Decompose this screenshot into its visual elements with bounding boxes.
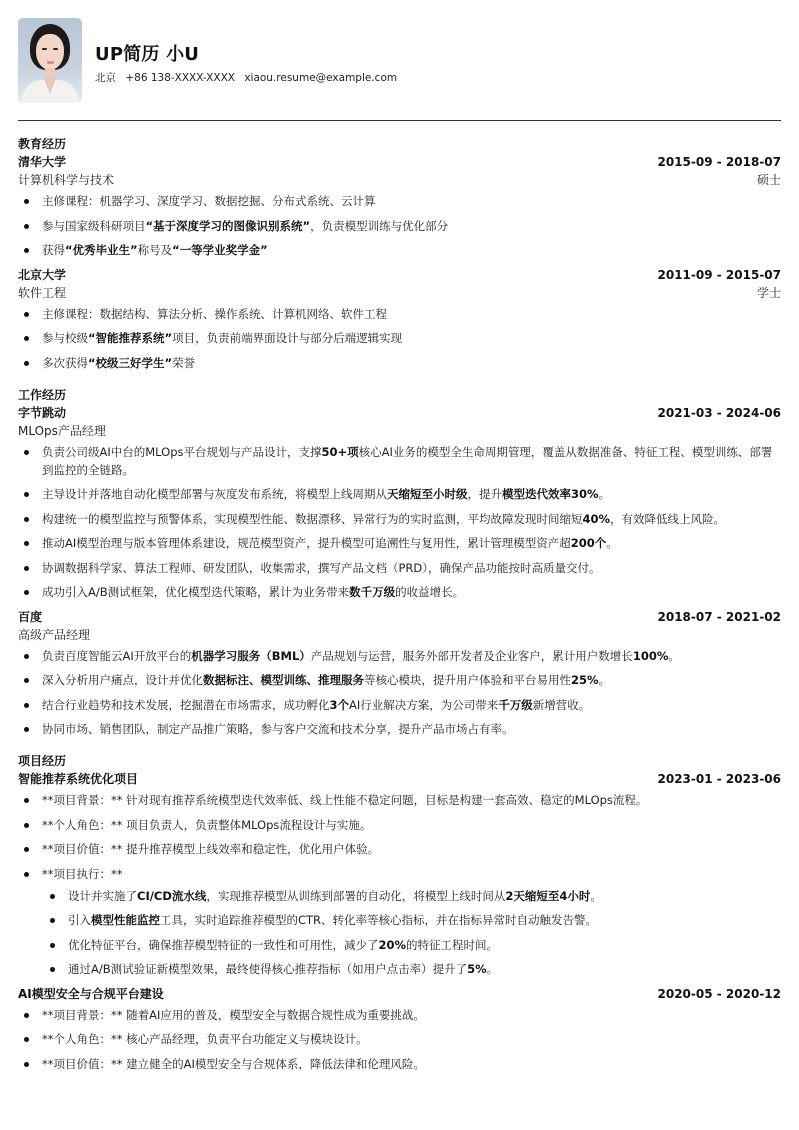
bullet-item: **项目执行：**设计并实施了CI/CD流水线，实现推荐模型从训练到部署的自动化… (18, 865, 781, 979)
education-entry: 清华大学 2015-09 - 2018-07 计算机科学与技术 硕士 主修课程：… (18, 153, 781, 259)
bullet-item: 协调数据科学家、算法工程师、研发团队，收集需求，撰写产品文档（PRD），确保产品… (18, 559, 781, 577)
work-section: 工作经历 字节跳动 2021-03 - 2024-06 MLOps产品经理 负责… (18, 386, 781, 739)
school-name: 清华大学 (18, 153, 66, 171)
bullet-item: 负责百度智能云AI开放平台的机器学习服务（BML）产品规划与运营，服务外部开发者… (18, 647, 781, 665)
date-range: 2018-07 - 2021-02 (658, 608, 782, 626)
bullet-item: 深入分析用户痛点，设计并优化数据标注、模型训练、推理服务等核心模块，提升用户体验… (18, 671, 781, 689)
sub-bullet-item: 优化特征平台，确保推荐模型特征的一致性和可用性，减少了20%的特征工程时间。 (42, 936, 781, 954)
project-entry: 智能推荐系统优化项目 2023-01 - 2023-06 **项目背景：** 针… (18, 770, 781, 978)
resume-page: UP简历 小U 北京 +86 138-XXXX-XXXX xiaou.resum… (18, 0, 781, 1079)
job-role: MLOps产品经理 (18, 422, 106, 440)
school-name: 北京大学 (18, 266, 66, 284)
bullet-list: **项目背景：** 随着AI应用的普及，模型安全与数据合规性成为重要挑战。**个… (18, 1006, 781, 1073)
section-title-projects: 项目经历 (18, 752, 781, 770)
bullet-item: 获得“优秀毕业生”称号及“一等学业奖学金” (18, 241, 781, 259)
bullet-item: 推动AI模型治理与版本管理体系建设，规范模型资产，提升模型可追溯性与复用性，累计… (18, 534, 781, 552)
bullet-item: **项目背景：** 随着AI应用的普及，模型安全与数据合规性成为重要挑战。 (18, 1006, 781, 1024)
major: 计算机科学与技术 (18, 171, 114, 189)
sub-bullet-item: 设计并实施了CI/CD流水线，实现推荐模型从训练到部署的自动化，将模型上线时间从… (42, 887, 781, 905)
section-title-work: 工作经历 (18, 386, 781, 404)
job-role: 高级产品经理 (18, 626, 90, 644)
bullet-item: 结合行业趋势和技术发展，挖掘潜在市场需求，成功孵化3个AI行业解决方案，为公司带… (18, 696, 781, 714)
bullet-item: 协同市场、销售团队，制定产品推广策略，参与客户交流和技术分享，提升产品市场占有率… (18, 720, 781, 738)
degree: 硕士 (757, 171, 781, 189)
date-range: 2015-09 - 2018-07 (658, 153, 782, 171)
work-entry: 字节跳动 2021-03 - 2024-06 MLOps产品经理 负责公司级AI… (18, 404, 781, 602)
section-title-education: 教育经历 (18, 135, 781, 153)
bullet-item: **个人角色：** 核心产品经理，负责平台功能定义与模块设计。 (18, 1030, 781, 1048)
bullet-item: 构建统一的模型监控与预警体系，实现模型性能、数据漂移、异常行为的实时监测，平均故… (18, 510, 781, 528)
education-entry: 北京大学 2011-09 - 2015-07 软件工程 学士 主修课程：数据结构… (18, 266, 781, 372)
project-entry: AI模型安全与合规平台建设 2020-05 - 2020-12 **项目背景：*… (18, 985, 781, 1073)
bullet-item: **项目背景：** 针对现有推荐系统模型迭代效率低、线上性能不稳定问题，目标是构… (18, 791, 781, 809)
bullet-list: 负责百度智能云AI开放平台的机器学习服务（BML）产品规划与运营，服务外部开发者… (18, 647, 781, 739)
bullet-item: 参与国家级科研项目“基于深度学习的图像识别系统”，负责模型训练与优化部分 (18, 217, 781, 235)
contact-info: 北京 +86 138-XXXX-XXXX xiaou.resume@exampl… (95, 70, 403, 85)
bullet-item: **项目价值：** 建立健全的AI模型安全与合规体系，降低法律和伦理风险。 (18, 1055, 781, 1073)
date-range: 2020-05 - 2020-12 (658, 985, 782, 1003)
education-section: 教育经历 清华大学 2015-09 - 2018-07 计算机科学与技术 硕士 … (18, 135, 781, 372)
company-name: 字节跳动 (18, 404, 66, 422)
bullet-item: 负责公司级AI中台的MLOps平台规划与产品设计，支撑50+项核心AI业务的模型… (18, 443, 781, 479)
sub-bullet-list: 设计并实施了CI/CD流水线，实现推荐模型从训练到部署的自动化，将模型上线时间从… (42, 887, 781, 979)
bullet-item: 主修课程：机器学习、深度学习、数据挖掘、分布式系统、云计算 (18, 192, 781, 210)
project-name: AI模型安全与合规平台建设 (18, 985, 164, 1003)
bullet-list: **项目背景：** 针对现有推荐系统模型迭代效率低、线上性能不稳定问题，目标是构… (18, 791, 781, 978)
projects-section: 项目经历 智能推荐系统优化项目 2023-01 - 2023-06 **项目背景… (18, 752, 781, 1073)
work-entry: 百度 2018-07 - 2021-02 高级产品经理 负责百度智能云AI开放平… (18, 608, 781, 739)
bullet-list: 主修课程：数据结构、算法分析、操作系统、计算机网络、软件工程参与校级“智能推荐系… (18, 305, 781, 372)
project-name: 智能推荐系统优化项目 (18, 770, 138, 788)
candidate-name: UP简历 小U (95, 40, 199, 66)
resume-header: UP简历 小U 北京 +86 138-XXXX-XXXX xiaou.resum… (18, 0, 781, 121)
bullet-item: **项目价值：** 提升推荐模型上线效率和稳定性，优化用户体验。 (18, 840, 781, 858)
bullet-item: 主导设计并落地自动化模型部署与灰度发布系统，将模型上线周期从天缩短至小时级，提升… (18, 485, 781, 503)
company-name: 百度 (18, 608, 42, 626)
degree: 学士 (757, 284, 781, 302)
date-range: 2023-01 - 2023-06 (658, 770, 782, 788)
bullet-item: 参与校级“智能推荐系统”项目，负责前端界面设计与部分后端逻辑实现 (18, 329, 781, 347)
contact-city: 北京 (95, 72, 116, 84)
bullet-item: 成功引入A/B测试框架，优化模型迭代策略，累计为业务带来数千万级的收益增长。 (18, 583, 781, 601)
bullet-list: 主修课程：机器学习、深度学习、数据挖掘、分布式系统、云计算参与国家级科研项目“基… (18, 192, 781, 259)
avatar-photo (18, 18, 82, 103)
bullet-item: 主修课程：数据结构、算法分析、操作系统、计算机网络、软件工程 (18, 305, 781, 323)
bullet-item: **个人角色：** 项目负责人，负责整体MLOps流程设计与实施。 (18, 816, 781, 834)
date-range: 2021-03 - 2024-06 (658, 404, 782, 422)
bullet-list: 负责公司级AI中台的MLOps平台规划与产品设计，支撑50+项核心AI业务的模型… (18, 443, 781, 602)
sub-bullet-item: 引入模型性能监控工具，实时追踪推荐模型的CTR、转化率等核心指标，并在指标异常时… (42, 911, 781, 929)
bullet-item: 多次获得“校级三好学生”荣誉 (18, 354, 781, 372)
major: 软件工程 (18, 284, 66, 302)
contact-email: xiaou.resume@example.com (244, 72, 397, 84)
sub-bullet-item: 通过A/B测试验证新模型效果，最终使得核心推荐指标（如用户点击率）提升了5%。 (42, 960, 781, 978)
date-range: 2011-09 - 2015-07 (658, 266, 782, 284)
contact-phone: +86 138-XXXX-XXXX (125, 72, 235, 84)
